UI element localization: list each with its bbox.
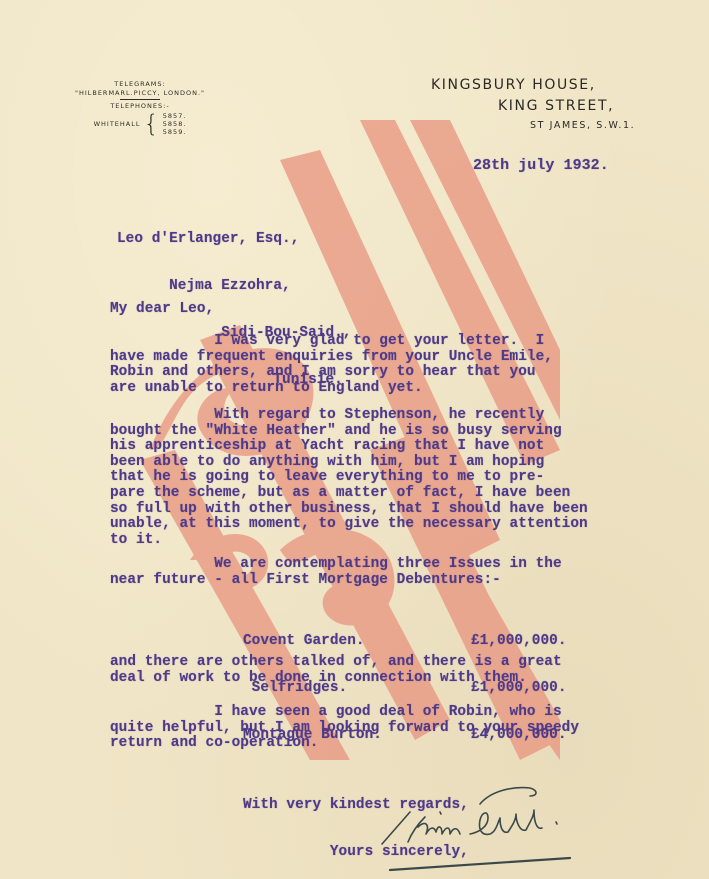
letterhead-contact-block: TELEGRAMS: "HILBERMARL.PICCY, LONDON." T… [70, 80, 210, 136]
issue-row: Covent Garden. £1,000,000. [243, 634, 567, 650]
phone-exchange: WHITEHALL [94, 120, 141, 129]
recipient-line: Nejma Ezzohra, [117, 279, 352, 295]
body-paragraph: I was very glad to get your letter. I ha… [110, 334, 553, 396]
telegrams-address: "HILBERMARL.PICCY, LONDON." [70, 89, 210, 98]
issue-amount: £1,000,000. [471, 634, 567, 650]
letterhead-address-line2: KING STREET, [498, 98, 614, 114]
recipient-line: Leo d'Erlanger, Esq., [117, 232, 352, 248]
body-paragraph: With regard to Stephenson, he recently b… [110, 408, 588, 548]
letter-date: 28th july 1932. [473, 158, 609, 174]
body-paragraph: We are contemplating three Issues in the… [110, 557, 562, 588]
phone-number: 5858. [163, 120, 187, 128]
letterhead-address-line3: ST JAMES, S.W.1. [530, 120, 635, 131]
brace-icon: { [144, 112, 160, 136]
letterhead-address-line1: KINGSBURY HOUSE, [431, 77, 596, 93]
body-paragraph: and there are others talked of, and ther… [110, 655, 562, 686]
telegrams-label: TELEGRAMS: [70, 80, 210, 89]
divider [120, 99, 160, 100]
issue-name: Covent Garden. [243, 634, 471, 650]
telephones-label: TELEPHONES:- [70, 102, 210, 111]
salutation: My dear Leo, [110, 302, 214, 318]
body-paragraph: I have seen a good deal of Robin, who is… [110, 705, 579, 752]
phone-number: 5859. [163, 128, 187, 136]
phone-number: 5857. [163, 112, 187, 120]
handwritten-signature-icon [370, 782, 590, 872]
